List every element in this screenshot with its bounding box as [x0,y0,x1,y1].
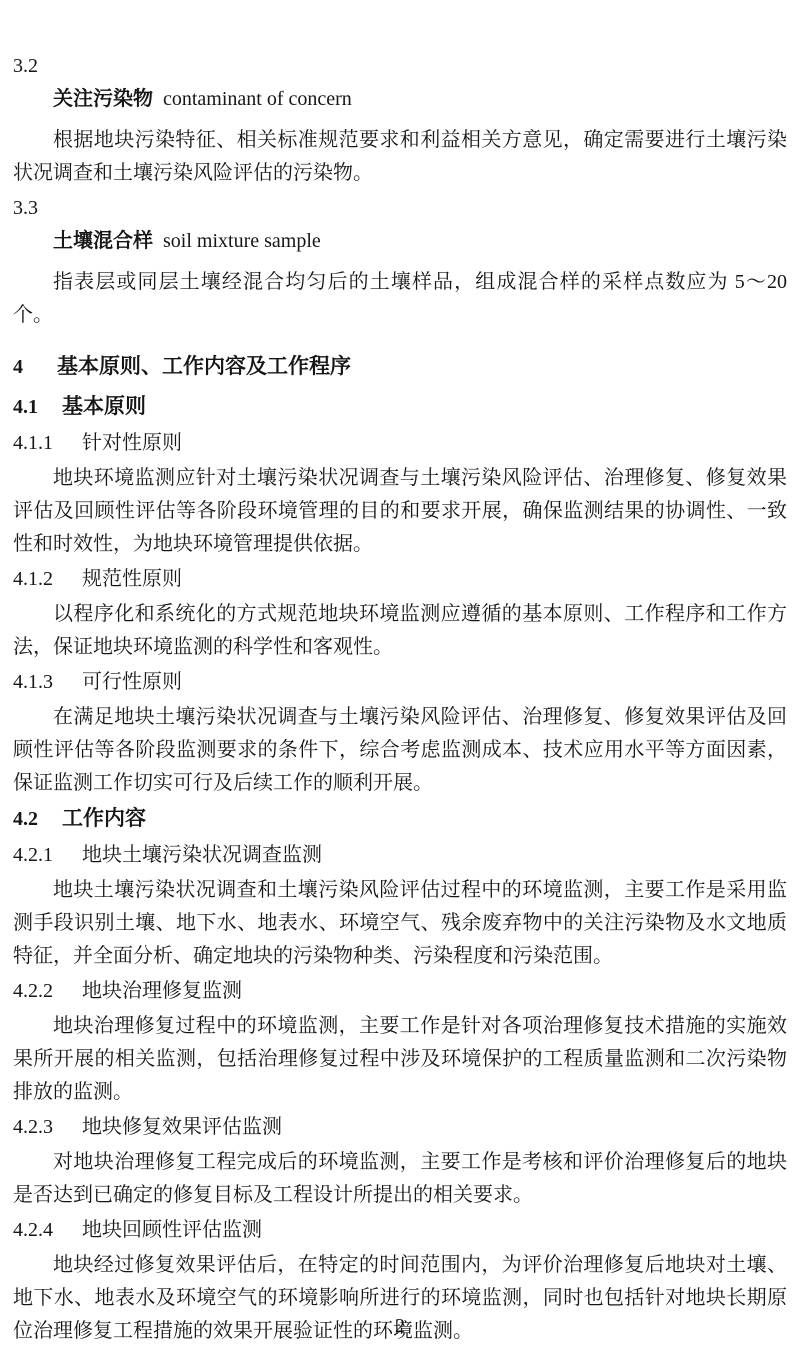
term-heading: 土壤混合样soil mixture sample [13,225,787,258]
heading-title: 基本原则、工作内容及工作程序 [57,355,351,378]
page-number: 2 [0,1310,800,1343]
heading-number: 4.2.3 [13,1111,82,1144]
section-heading-l3: 4.1.3可行性原则 [13,666,787,699]
term-zh: 关注污染物 [53,88,153,110]
term-en: soil mixture sample [163,230,321,252]
section-heading-l3: 4.1.1针对性原则 [13,427,787,460]
heading-number: 4.2.2 [13,975,82,1008]
heading-number: 4.2 [13,803,62,836]
heading-number: 4.1.3 [13,666,82,699]
heading-title: 基本原则 [62,395,146,418]
term-heading: 关注污染物contaminant of concern [13,83,787,116]
body-paragraph: 地块治理修复过程中的环境监测，主要工作是针对各项治理修复技术措施的实施效果所开展… [13,1010,787,1109]
heading-number: 4.2.4 [13,1214,82,1247]
term-en: contaminant of concern [163,88,352,110]
body-paragraph: 根据地块污染特征、相关标准规范要求和利益相关方意见，确定需要进行土壤污染状况调查… [13,124,787,190]
heading-title: 地块回顾性评估监测 [82,1219,262,1241]
body-paragraph: 以程序化和系统化的方式规范地块环境监测应遵循的基本原则、工作程序和工作方法，保证… [13,598,787,664]
term-zh: 土壤混合样 [53,230,153,252]
document-page: 3.2 关注污染物contaminant of concern 根据地块污染特征… [0,0,800,1345]
body-paragraph: 指表层或同层土壤经混合均匀后的土壤样品，组成混合样的采样点数应为 5～20 个。 [13,266,787,332]
section-heading-l2: 4.2工作内容 [13,802,787,836]
heading-title: 地块修复效果评估监测 [82,1116,282,1138]
section-heading-l2: 4.1基本原则 [13,390,787,424]
heading-title: 地块治理修复监测 [82,980,242,1002]
section-heading-l3: 4.2.3地块修复效果评估监测 [13,1111,787,1144]
section-heading-l1: 4基本原则、工作内容及工作程序 [13,350,787,384]
heading-number: 4.1.1 [13,427,82,460]
section-heading-l3: 4.2.2地块治理修复监测 [13,975,787,1008]
heading-title: 针对性原则 [82,432,182,454]
heading-title: 地块土壤污染状况调查监测 [82,844,322,866]
heading-title: 可行性原则 [82,671,182,693]
heading-title: 规范性原则 [82,568,182,590]
heading-number: 4.1.2 [13,563,82,596]
clause-number: 3.3 [13,192,787,225]
section-heading-l3: 4.1.2规范性原则 [13,563,787,596]
section-heading-l3: 4.2.4地块回顾性评估监测 [13,1214,787,1247]
body-paragraph: 地块土壤污染状况调查和土壤污染风险评估过程中的环境监测，主要工作是采用监测手段识… [13,874,787,973]
clause-number: 3.2 [13,50,787,83]
heading-number: 4.1 [13,391,62,424]
body-paragraph: 在满足地块土壤污染状况调查与土壤污染风险评估、治理修复、修复效果评估及回顾性评估… [13,701,787,800]
heading-number: 4.2.1 [13,839,82,872]
body-paragraph: 对地块治理修复工程完成后的环境监测，主要工作是考核和评价治理修复后的地块是否达到… [13,1146,787,1212]
heading-number: 4 [13,351,57,384]
heading-title: 工作内容 [62,807,146,830]
body-paragraph: 地块环境监测应针对土壤污染状况调查与土壤污染风险评估、治理修复、修复效果评估及回… [13,462,787,561]
section-heading-l3: 4.2.1地块土壤污染状况调查监测 [13,839,787,872]
